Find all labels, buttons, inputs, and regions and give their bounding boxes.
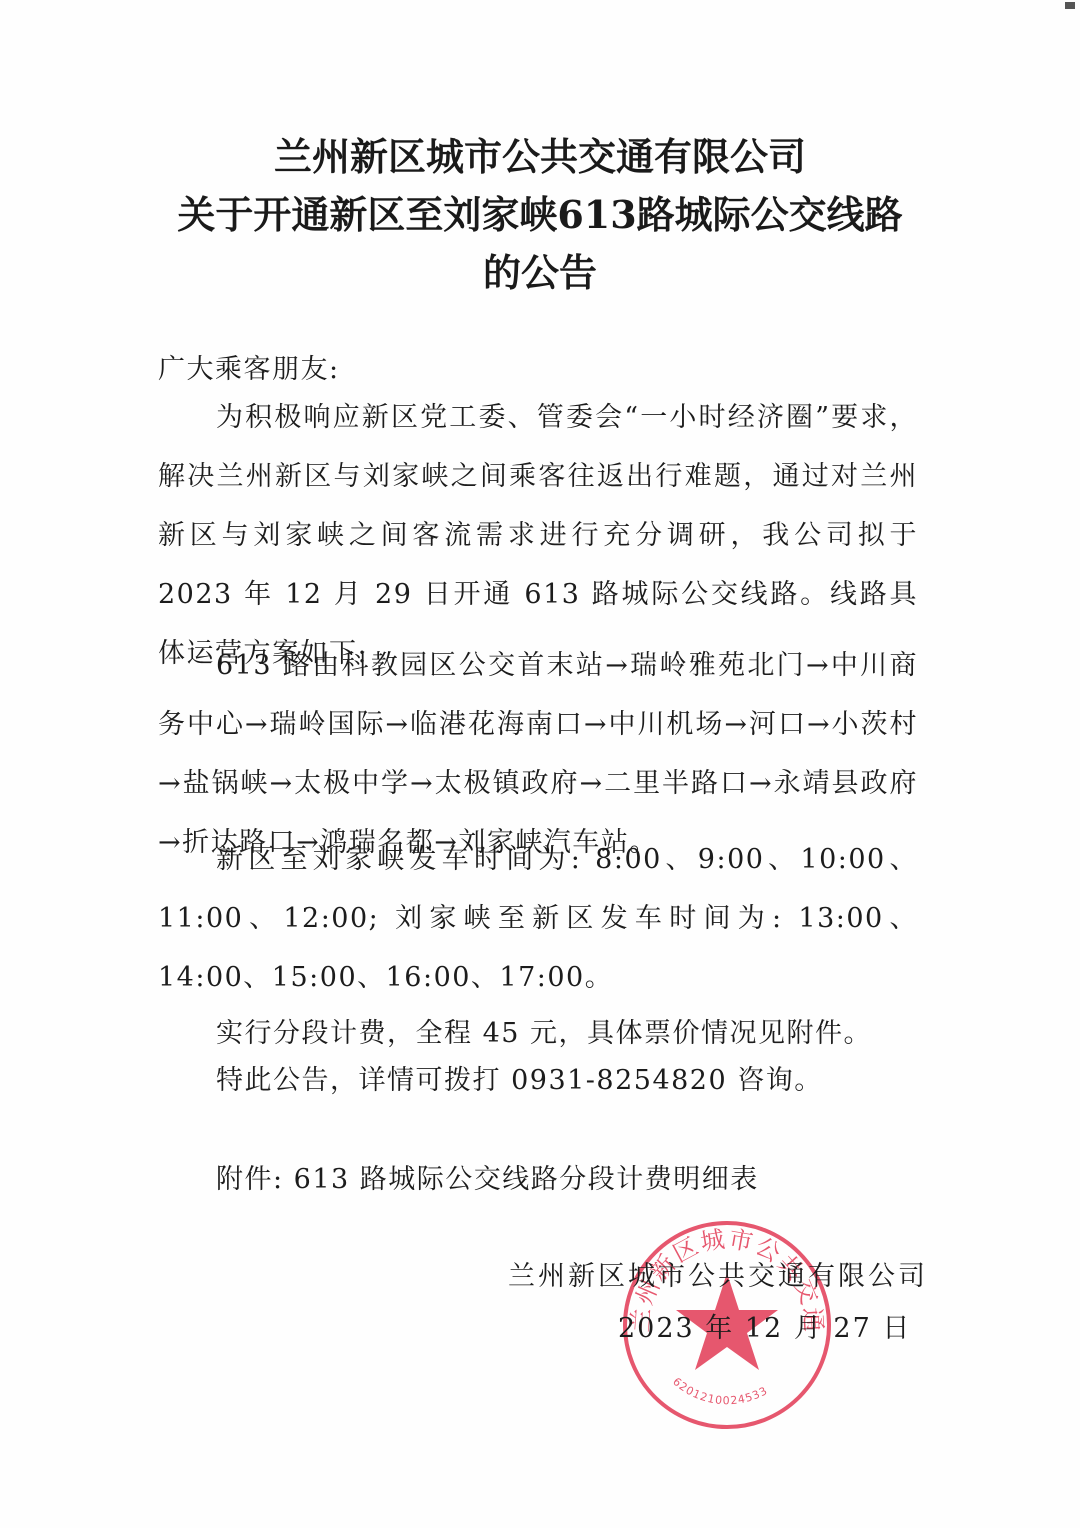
paragraph-schedule-text: 新区至刘家峡发车时间为: 8:00、9:00、10:00、11:00、12:00… <box>158 830 918 1007</box>
document-title: 兰州新区城市公共交通有限公司 关于开通新区至刘家峡613路城际公交线路 的公告 <box>0 128 1080 302</box>
attachment-text: 附件: 613 路城际公交线路分段计费明细表 <box>158 1150 918 1209</box>
svg-text:6201210024533: 6201210024533 <box>670 1375 770 1407</box>
paragraph-schedule: 新区至刘家峡发车时间为: 8:00、9:00、10:00、11:00、12:00… <box>158 830 918 1007</box>
document-page: 兰州新区城市公共交通有限公司 关于开通新区至刘家峡613路城际公交线路 的公告 … <box>0 0 1080 1528</box>
seal-code: 6201210024533 <box>670 1375 770 1407</box>
signature-company: 兰州新区城市公共交通有限公司 <box>508 1254 928 1293</box>
title-line-1: 兰州新区城市公共交通有限公司 <box>0 128 1080 186</box>
paragraph-contact-text: 特此公告，详情可拨打 0931-8254820 咨询。 <box>158 1051 918 1110</box>
title-line-2: 关于开通新区至刘家峡613路城际公交线路 <box>0 186 1080 244</box>
title-line-3: 的公告 <box>0 244 1080 302</box>
signature-date: 2023 年 12 月 27 日 <box>618 1306 911 1345</box>
scan-corner-mark <box>1065 2 1075 9</box>
attachment-note: 附件: 613 路城际公交线路分段计费明细表 <box>158 1150 918 1209</box>
paragraph-contact: 特此公告，详情可拨打 0931-8254820 咨询。 <box>158 1051 918 1110</box>
